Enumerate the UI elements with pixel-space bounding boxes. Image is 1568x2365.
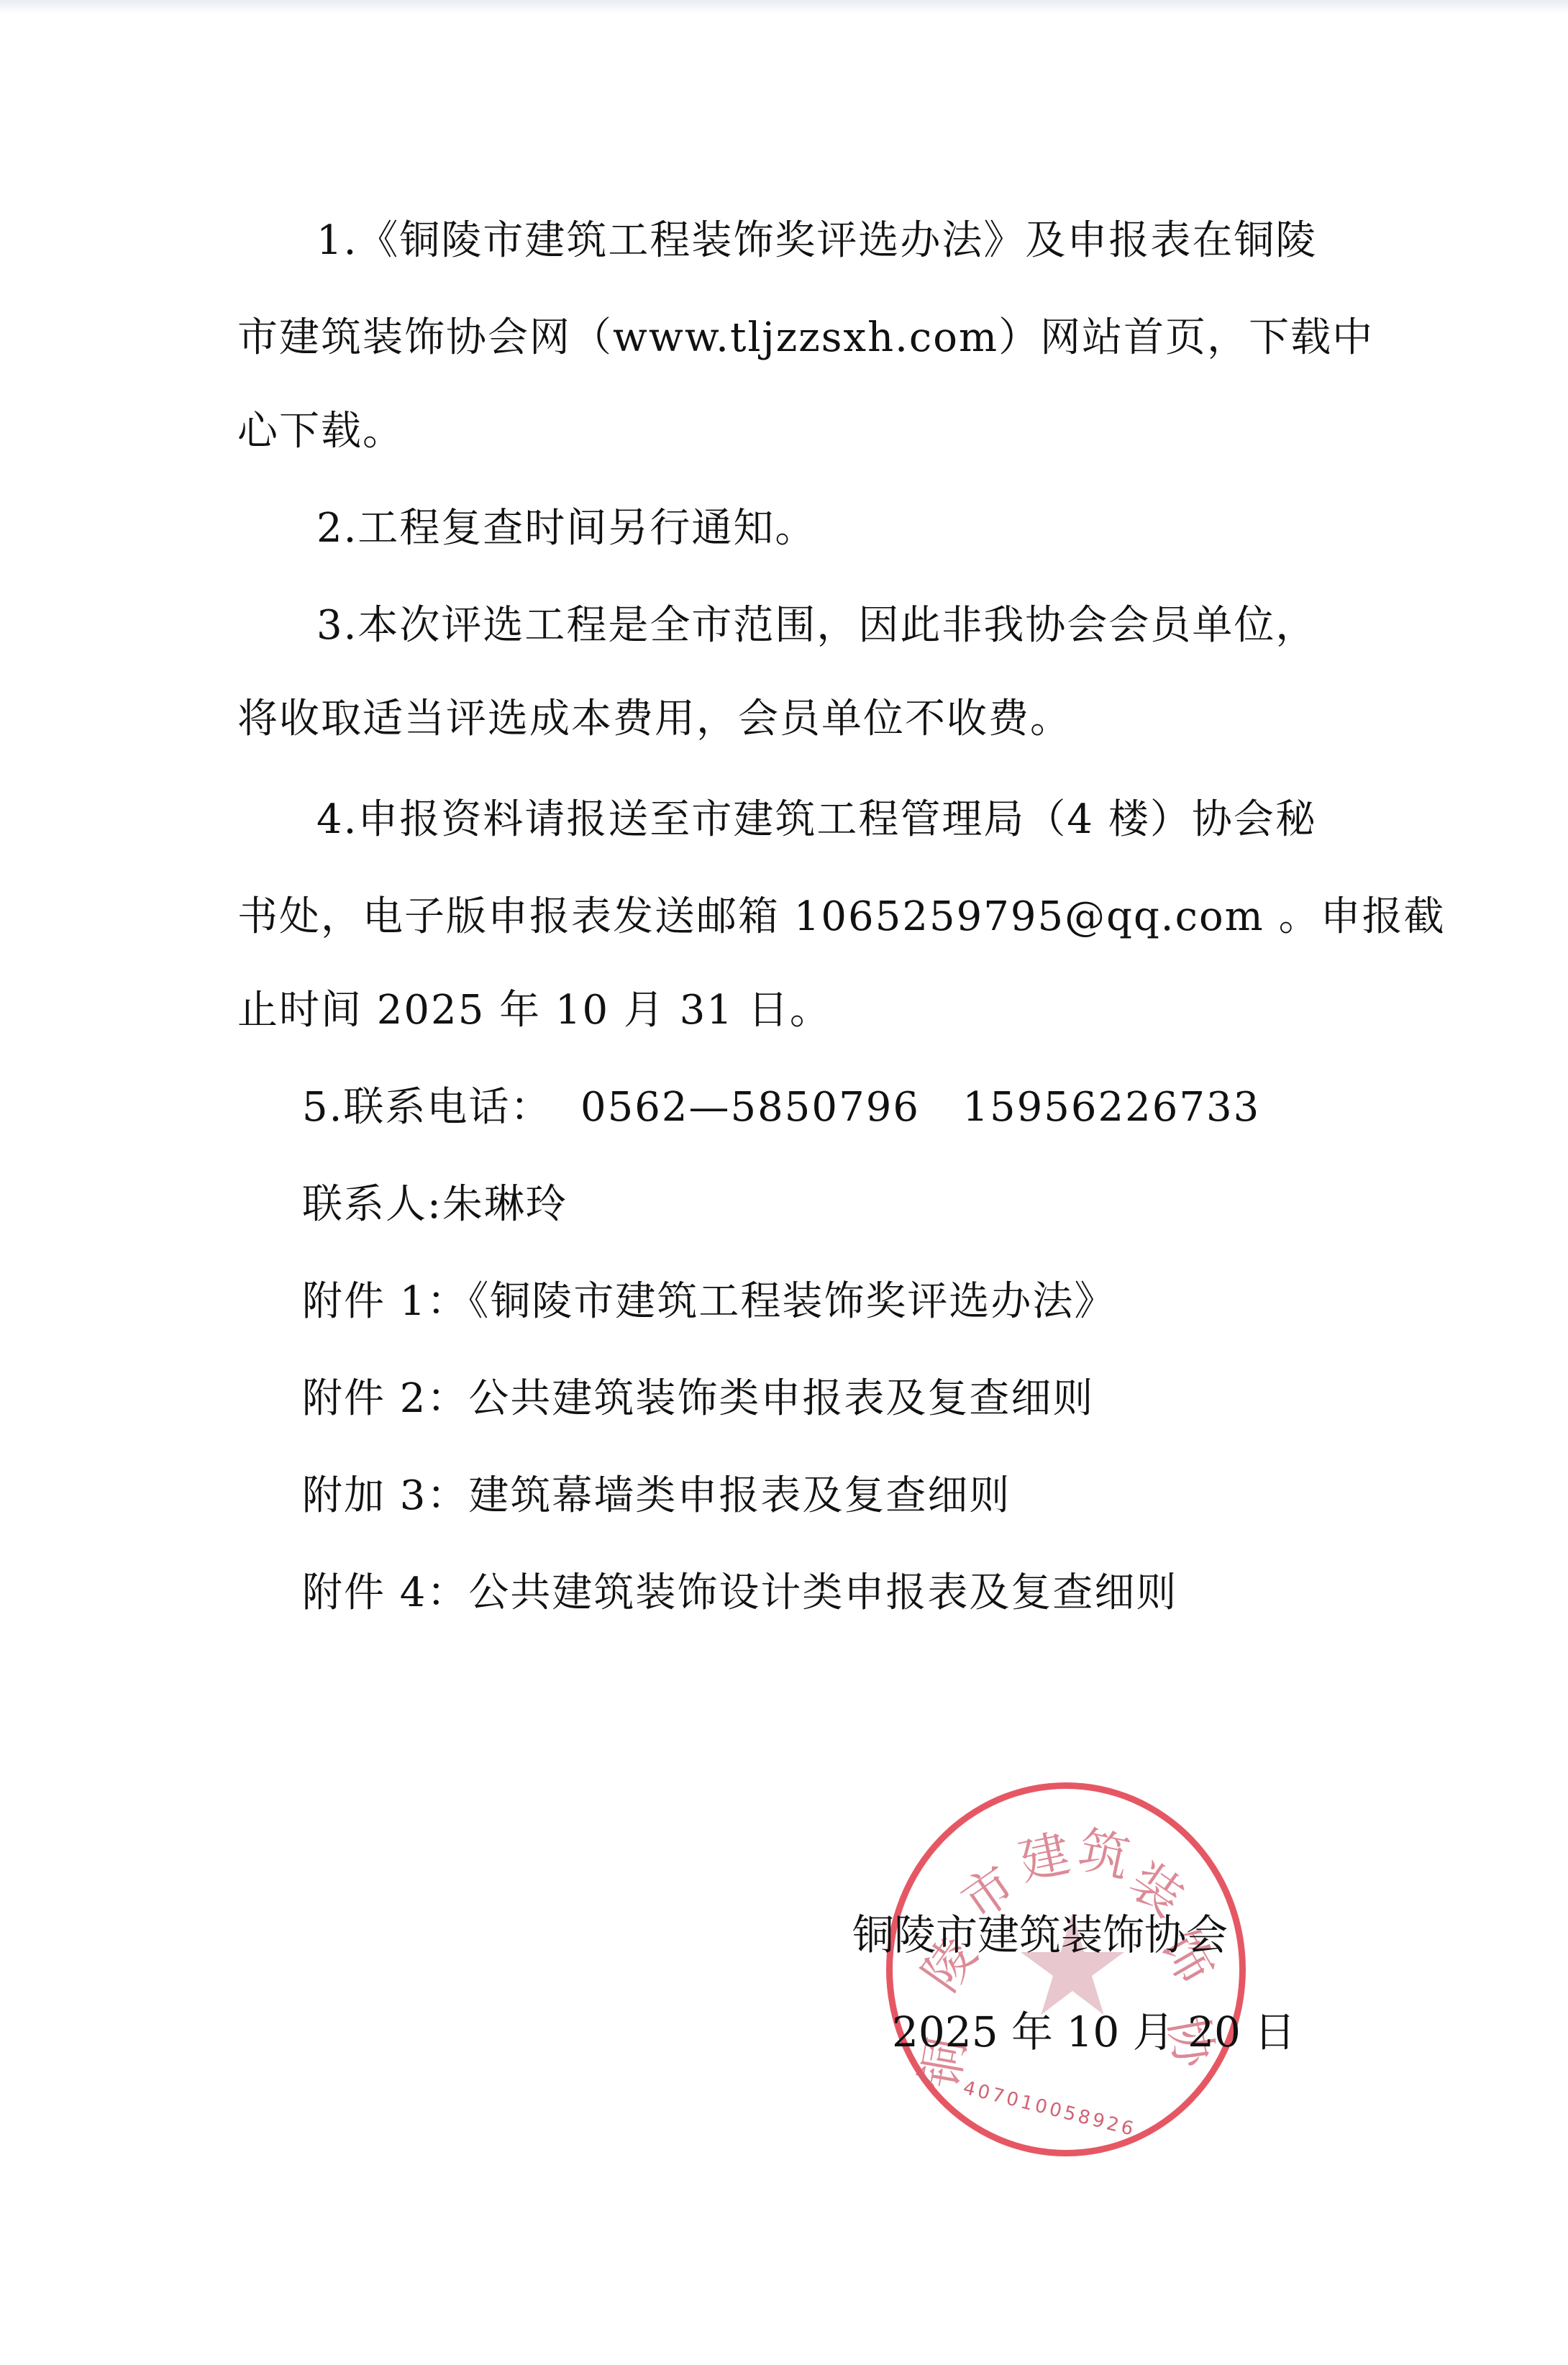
- paragraph-1-line-1: 1.《铜陵市建筑工程装饰奖评选办法》及申报表在铜陵: [316, 216, 1317, 266]
- paragraph-3-line-2: 将收取适当评选成本费用，会员单位不收费。: [237, 694, 1072, 744]
- paragraph-4-line-1: 4.申报资料请报送至市建筑工程管理局（4 楼）协会秘: [316, 795, 1317, 845]
- contact-person-line: 联系人:朱琳玲: [302, 1180, 568, 1230]
- seal-char: 筑: [1072, 1810, 1136, 1891]
- paragraph-1-line-2: 市建筑装饰协会网（www.tljzzsxh.com）网站首页，下载中: [237, 313, 1374, 363]
- attachment-4: 附件 4：公共建筑装饰设计类申报表及复查细则: [302, 1568, 1177, 1618]
- paragraph-3-line-1: 3.本次评选工程是全市范围，因此非我协会会员单位，: [316, 601, 1317, 651]
- attachment-1: 附件 1：《铜陵市建筑工程装饰奖评选办法》: [302, 1277, 1116, 1327]
- contact-phone-line: 5.联系电话： 0562—5850796 15956226733: [302, 1083, 1260, 1133]
- signature-organization: 铜陵市建筑装饰协会: [852, 1910, 1228, 1960]
- seal-code: 407010058926: [961, 2077, 1138, 2141]
- scan-edge: [0, 0, 1568, 14]
- paragraph-4-line-3: 止时间 2025 年 10 月 31 日。: [237, 985, 831, 1036]
- signature-date: 2025 年 10 月 20 日: [892, 2007, 1295, 2057]
- attachment-2: 附件 2：公共建筑装饰类申报表及复查细则: [302, 1374, 1094, 1424]
- paragraph-1-line-3: 心下载。: [237, 406, 404, 457]
- paragraph-2-line-1: 2.工程复查时间另行通知。: [316, 503, 816, 554]
- attachment-3: 附加 3：建筑幕墙类申报表及复查细则: [302, 1471, 1011, 1521]
- official-seal: 铜 陵 市 建 筑 装 饰 协 407010058926: [886, 1782, 1246, 2156]
- seal-char: 建: [1011, 1813, 1075, 1895]
- paragraph-4-line-2: 书处，电子版申报表发送邮箱 1065259795@qq.com 。申报截: [237, 892, 1446, 942]
